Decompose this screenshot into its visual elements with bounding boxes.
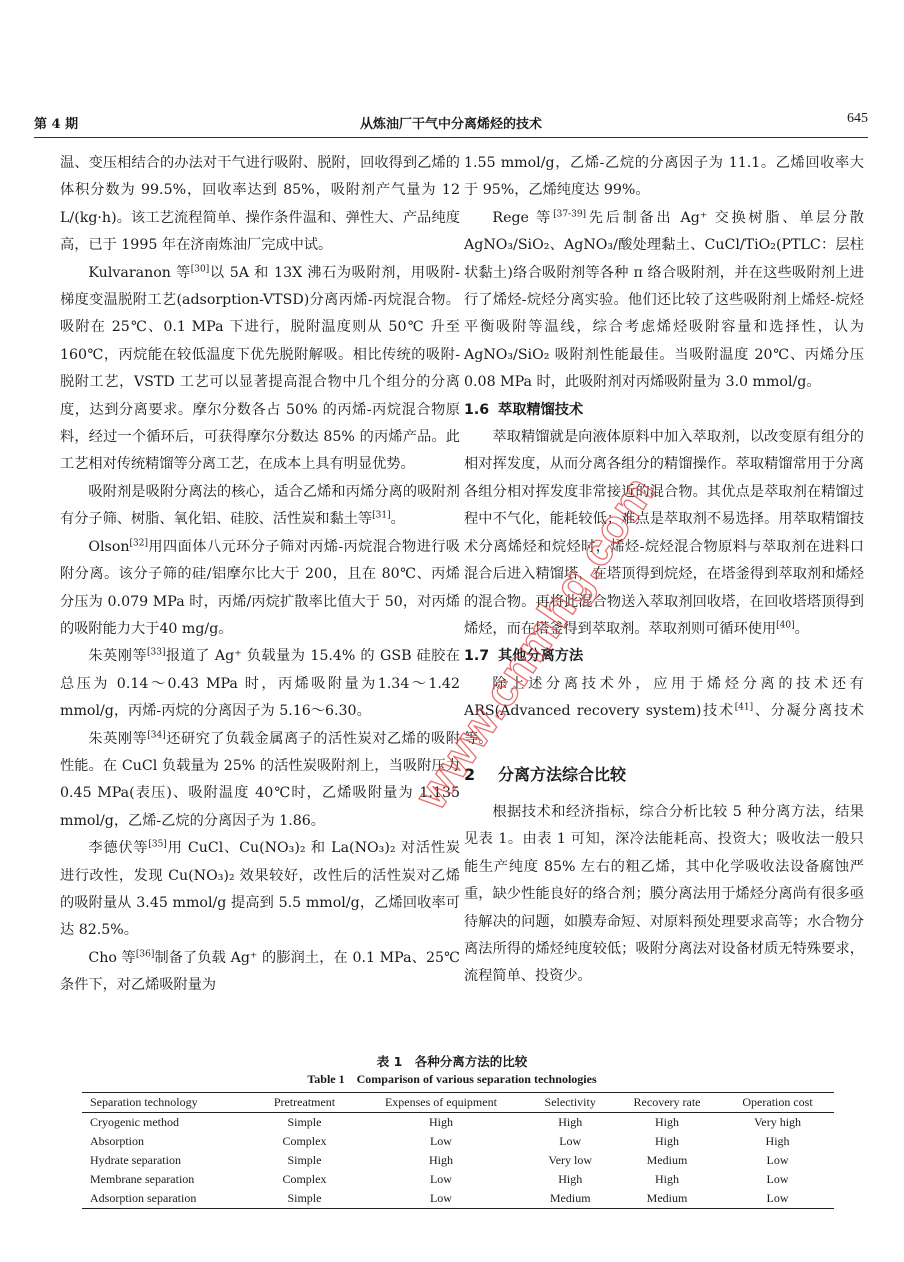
table-caption-zh: 表 1 各种分离方法的比较 [0, 1052, 904, 1070]
citation: [31] [372, 511, 390, 521]
running-title: 从炼油厂干气中分离烯烃的技术 [34, 113, 868, 132]
column-header: Recovery rate [613, 1093, 721, 1113]
paragraph: 吸附剂是吸附分离法的核心，适合乙烯和丙烯分离的吸附剂有分子筛、树脂、氧化铝、硅胶… [60, 479, 460, 534]
citation: [36] [136, 949, 154, 959]
paragraph: 1.55 mmol/g，乙烯-乙烷的分离因子为 11.1。乙烯回收率大于 95%… [464, 150, 864, 205]
paragraph: 温、变压相结合的办法对干气进行吸附、脱附，回收得到乙烯的体积分数为 99.5%，… [60, 150, 460, 260]
table-row: Adsorption separationSimpleLowMediumMedi… [82, 1189, 834, 1209]
paragraph: Rege 等[37-39]先后制备出 Ag⁺ 交换树脂、单层分散 AgNO₃/S… [464, 205, 864, 397]
column-header: Selectivity [527, 1093, 613, 1113]
citation: [30] [191, 264, 209, 274]
paragraph: Kulvaranon 等[30]以 5A 和 13X 沸石为吸附剂，用吸附-梯度… [60, 260, 460, 479]
page-header: 第 4 期 从炼油厂干气中分离烯烃的技术 645 [34, 113, 868, 137]
column-header: Pretreatment [255, 1093, 355, 1113]
table-row: AbsorptionComplexLowLowHighHigh [82, 1132, 834, 1151]
right-column: 1.55 mmol/g，乙烯-乙烷的分离因子为 11.1。乙烯回收率大于 95%… [464, 150, 864, 991]
section-heading-1-6: 1.6萃取精馏技术 [464, 397, 864, 424]
paragraph: 朱英刚等[34]还研究了负载金属离子的活性炭对乙烯的吸附性能。在 CuCl 负载… [60, 726, 460, 836]
table-row: Membrane separationComplexLowHighHighLow [82, 1170, 834, 1189]
column-header: Separation technology [82, 1093, 255, 1113]
column-header: Operation cost [721, 1093, 834, 1113]
left-column: 温、变压相结合的办法对干气进行吸附、脱附，回收得到乙烯的体积分数为 99.5%，… [60, 150, 460, 1000]
table-row: Hydrate separationSimpleHighVery lowMedi… [82, 1151, 834, 1170]
section-heading-2: 2分离方法综合比较 [464, 759, 864, 791]
page-number: 645 [847, 111, 868, 127]
citation: [32] [130, 538, 148, 548]
citation: [33] [147, 648, 165, 658]
citation: [34] [147, 730, 165, 740]
paragraph: 李德伏等[35]用 CuCl、Cu(NO₃)₂ 和 La(NO₃)₂ 对活性炭进… [60, 835, 460, 945]
paragraph: Olson[32]用四面体八元环分子筛对丙烯-丙烷混合物进行吸附分离。该分子筛的… [60, 534, 460, 644]
table-caption-en: Table 1 Comparison of various separation… [0, 1070, 904, 1087]
paragraph: Cho 等[36]制备了负载 Ag⁺ 的膨润土，在 0.1 MPa、25℃ 条件… [60, 945, 460, 1000]
citation: [35] [148, 839, 166, 849]
paragraph: 朱英刚等[33]报道了 Ag⁺ 负载量为 15.4% 的 GSB 硅胶在总压为 … [60, 643, 460, 725]
paragraph: 根据技术和经济指标，综合分析比较 5 种分离方法，结果见表 1。由表 1 可知，… [464, 799, 864, 991]
citation: [37-39] [553, 209, 586, 219]
table-header-row: Separation technology Pretreatment Expen… [82, 1093, 834, 1113]
citation: [41] [735, 702, 753, 712]
header-rule [34, 137, 868, 138]
column-header: Expenses of equipment [354, 1093, 527, 1113]
citation: [40] [776, 620, 794, 630]
table-row: Cryogenic methodSimpleHighHighHighVery h… [82, 1113, 834, 1133]
comparison-table: Separation technology Pretreatment Expen… [82, 1092, 834, 1209]
